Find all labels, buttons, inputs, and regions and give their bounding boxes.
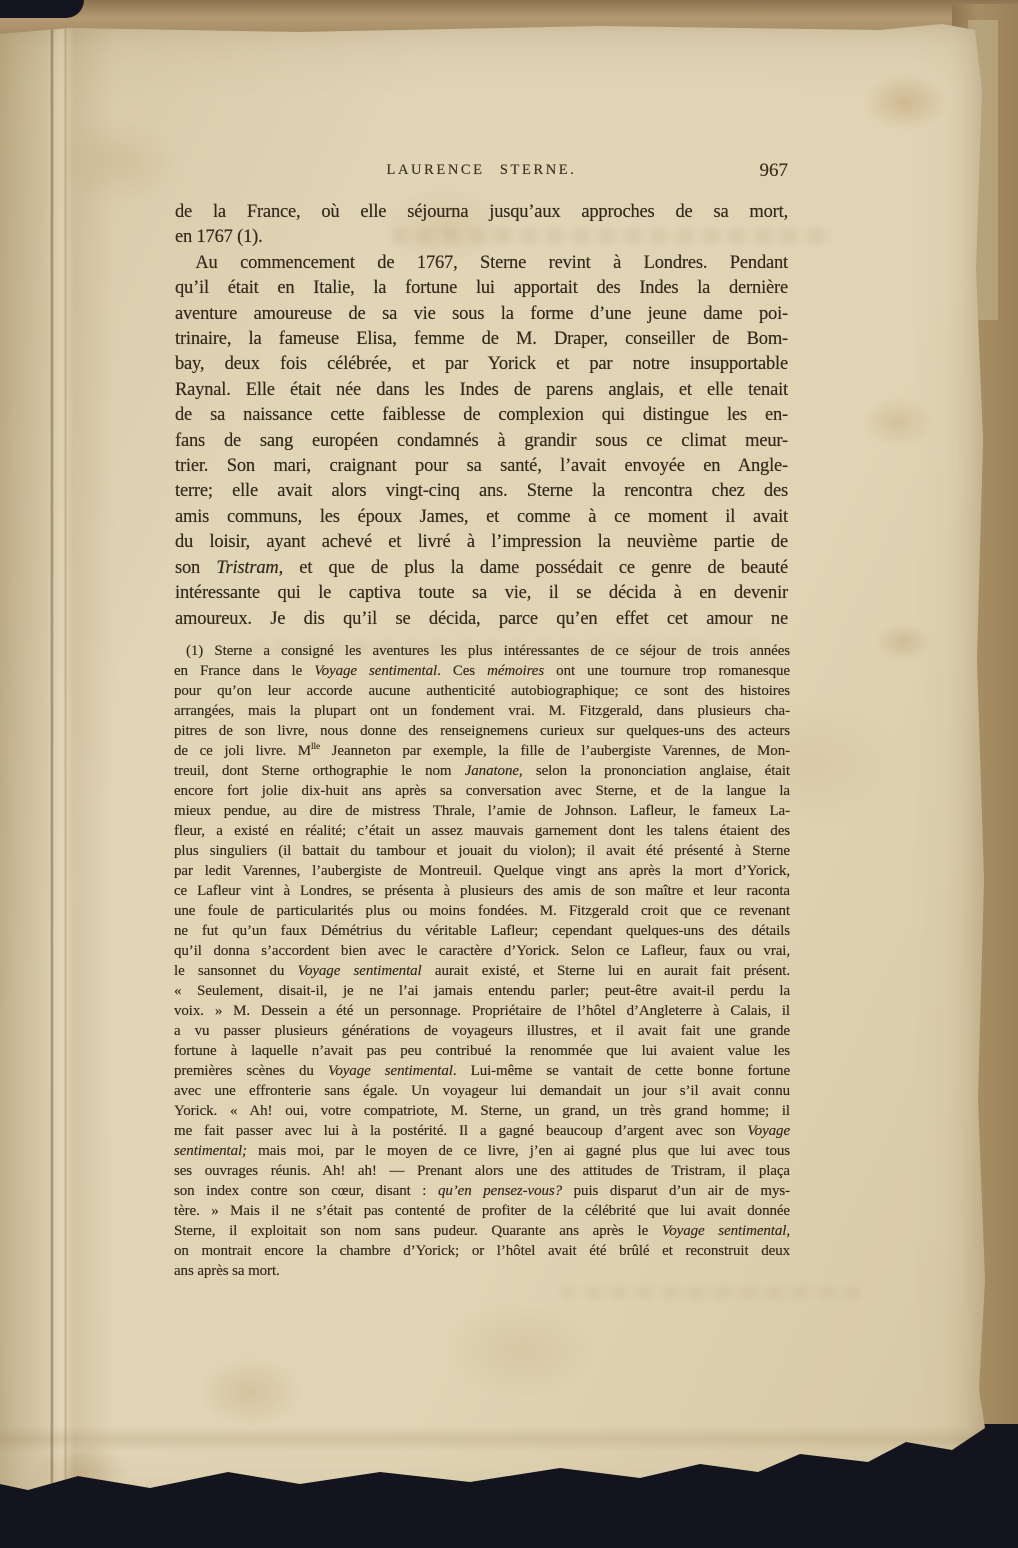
text-line: amoureux. Je dis qu’il se décida, parce …: [175, 607, 788, 632]
text-line: treuil, dont Sterne orthographie le nom …: [174, 761, 790, 781]
text-line: le sansonnet du Voyage sentimental aurai…: [174, 961, 790, 981]
text-line: sentimental; mais moi, par le moyen de c…: [174, 1141, 790, 1161]
text-line: trier. Son mari, craignant pour sa santé…: [175, 454, 788, 479]
footnote: (1) Sterne a consigné les aventures les …: [174, 641, 790, 1281]
text-line: arrangées, mais la plupart ont un fondem…: [174, 701, 790, 721]
text-line: plus singuliers (il battait du tambour e…: [174, 841, 790, 861]
text-line: qu’il donna s’accordent bien avec le car…: [174, 941, 790, 961]
text-line: encore fort jolie dix-huit ans après sa …: [174, 781, 790, 801]
text-line: me fait passer avec lui à la postérité. …: [174, 1121, 790, 1141]
text-line: en France dans le Voyage sentimental. Ce…: [174, 661, 790, 681]
text-line: trinaire, la fameuse Elisa, femme de M. …: [175, 327, 788, 352]
text-line: de sa naissance cette faiblesse de compl…: [175, 403, 788, 428]
text-line: en 1767 (1).: [175, 225, 788, 250]
text-line: avec une effronterie sans égale. Un voya…: [174, 1081, 790, 1101]
ink-bleed-smudge: [560, 1286, 860, 1299]
scanned-book-page-photo: LAURENCE STERNE. 967 de la France, où el…: [0, 0, 1018, 1548]
text-line: de ce joli livre. Mlle Jeanneton par exe…: [174, 741, 790, 761]
text-line: bay, deux fois célébrée, et par Yorick e…: [175, 352, 788, 377]
body-paragraph: Au commencement de 1767, Sterne revint à…: [175, 251, 788, 632]
text-line: amis communs, les époux James, et comme …: [175, 505, 788, 530]
text-line: par ledit Varennes, l’aubergiste de Mont…: [174, 861, 790, 881]
text-line: mieux pendue, au dire de mistress Thrale…: [174, 801, 790, 821]
gutter-crease: [50, 20, 54, 1520]
text-line: qu’il était en Italie, la fortune lui ap…: [175, 276, 788, 301]
text-line: a vu passer plusieurs générations de voy…: [174, 1021, 790, 1041]
page-header: LAURENCE STERNE. 967: [175, 162, 788, 188]
text-line: son Tristram, et que de plus la dame pos…: [175, 556, 788, 581]
text-line: Au commencement de 1767, Sterne revint à…: [175, 251, 788, 276]
text-line: ne fut qu’un faux Démétrius du véritable…: [174, 921, 790, 941]
text-line: pour qu’on leur accorde aucune authentic…: [174, 681, 790, 701]
text-line: intéressante qui le captiva toute sa vie…: [175, 581, 788, 606]
text-line: voix. » M. Dessein a été un personnage. …: [174, 1001, 790, 1021]
text-line: ans après sa mort.: [174, 1261, 790, 1281]
paper-fold-band: [0, 1426, 990, 1452]
text-line: de la France, où elle séjourna jusqu’aux…: [175, 200, 788, 225]
gutter-crease: [64, 20, 67, 1520]
text-line: tère. » Mais il ne s’était pas contenté …: [174, 1201, 790, 1221]
text-line: (1) Sterne a consigné les aventures les …: [174, 641, 790, 661]
text-line: du loisir, ayant achevé et livré à l’imp…: [175, 530, 788, 555]
body-text: de la France, où elle séjourna jusqu’aux…: [175, 200, 788, 632]
text-line: Sterne, il exploitait son nom sans pudeu…: [174, 1221, 790, 1241]
text-line: une foule de particularités plus ou moin…: [174, 901, 790, 921]
text-line: on montrait encore la chambre d’Yorick; …: [174, 1241, 790, 1261]
text-line: premières scènes du Voyage sentimental. …: [174, 1061, 790, 1081]
running-title: LAURENCE STERNE.: [175, 162, 788, 179]
text-line: aventure amoureuse de sa vie sous la for…: [175, 302, 788, 327]
page-number: 967: [760, 160, 789, 182]
book-page: LAURENCE STERNE. 967 de la France, où el…: [0, 20, 990, 1520]
text-line: Raynal. Elle était née dans les Indes de…: [175, 378, 788, 403]
text-line: fleur, a existé en réalité; c’était un a…: [174, 821, 790, 841]
gutter-shadow: [0, 20, 120, 1520]
text-line: pitres de son livre, nous donne des rens…: [174, 721, 790, 741]
text-line: ce Lafleur vint à Londres, se présenta à…: [174, 881, 790, 901]
body-paragraph: de la France, où elle séjourna jusqu’aux…: [175, 200, 788, 251]
text-line: terre; elle avait alors vingt-cinq ans. …: [175, 479, 788, 504]
text-line: fans de sang européen condamnés à grandi…: [175, 429, 788, 454]
text-line: fortune à laquelle n’avait pas peu contr…: [174, 1041, 790, 1061]
text-line: ses ouvrages réunis. Ah! ah! — Prenant a…: [174, 1161, 790, 1181]
text-line: Yorick. « Ah! oui, votre compatriote, M.…: [174, 1101, 790, 1121]
dark-backdrop-corner: [0, 0, 84, 18]
text-line: « Seulement, disait-il, je ne l’ai jamai…: [174, 981, 790, 1001]
text-line: son index contre son cœur, disant : qu’e…: [174, 1181, 790, 1201]
